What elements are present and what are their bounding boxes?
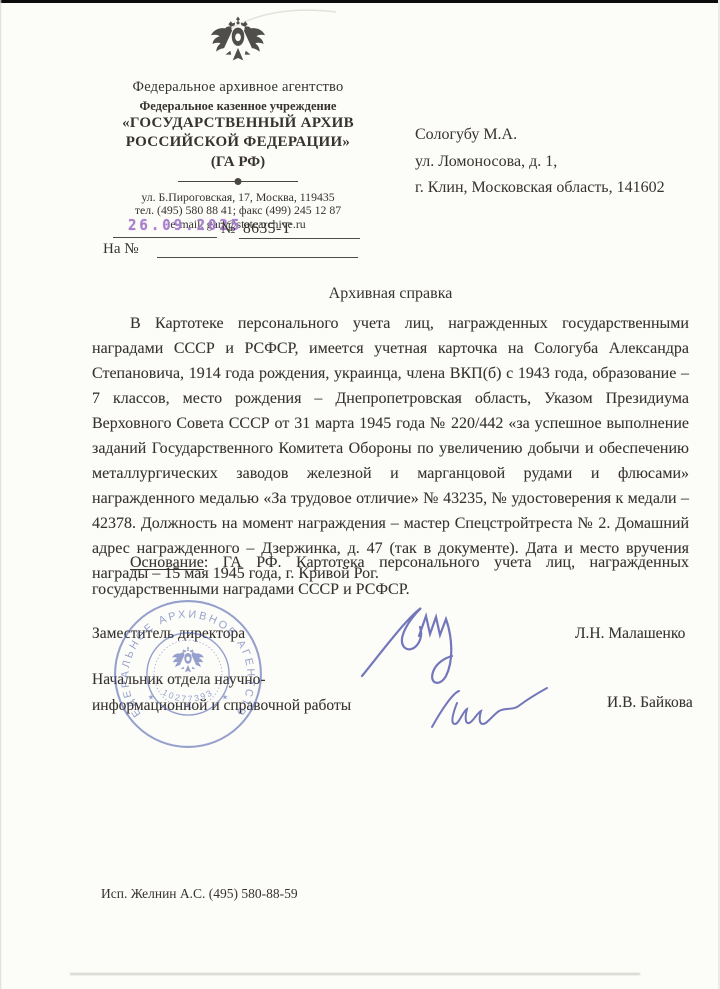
document-number: 8635-Т bbox=[243, 220, 292, 238]
recipient-address-line2: г. Клин, Московская область, 141602 bbox=[415, 175, 665, 202]
letterhead-divider bbox=[178, 178, 298, 185]
document-body-paragraph: В Картотеке персонального учета лиц, наг… bbox=[92, 311, 689, 586]
signer1-name: Л.Н. Малашенко bbox=[575, 625, 685, 643]
signature1-ink bbox=[357, 594, 477, 694]
letterhead-institution-type: Федеральное казенное учреждение bbox=[106, 99, 370, 113]
scan-edge-top bbox=[0, 0, 720, 3]
svg-text:★: ★ bbox=[148, 693, 154, 702]
letterhead-org-name-line1: «ГОСУДАРСТВЕННЫЙ АРХИВ bbox=[106, 115, 370, 132]
scan-edge-bottom bbox=[70, 973, 640, 975]
number-underline bbox=[239, 238, 360, 239]
reply-to-label: На № bbox=[103, 241, 139, 258]
coat-of-arms-eagle-icon bbox=[209, 16, 267, 70]
recipient-block: Сологубу М.А. ул. Ломоносова, д. 1, г. К… bbox=[415, 122, 665, 202]
executor-line: Исп. Желнин А.С. (495) 580-88-59 bbox=[101, 886, 298, 902]
letterhead-org-name-line2: РОССИЙСКОЙ ФЕДЕРАЦИИ» bbox=[106, 134, 370, 151]
letterhead-address: ул. Б.Пироговская, 17, Москва, 119435 bbox=[106, 191, 370, 205]
signer2-name: И.В. Байкова bbox=[607, 694, 693, 712]
date-underline bbox=[113, 237, 217, 238]
recipient-address-line1: ул. Ломоносова, д. 1, bbox=[415, 149, 665, 176]
letterhead-phone-fax: тел. (495) 580 88 41; факс (499) 245 12 … bbox=[106, 204, 370, 218]
number-label: № bbox=[221, 221, 235, 238]
svg-text:★: ★ bbox=[222, 693, 228, 702]
signature2-ink bbox=[428, 683, 553, 733]
reply-underline bbox=[157, 257, 358, 258]
letterhead: Федеральное архивное агентство Федеральн… bbox=[106, 16, 370, 232]
scan-edge-left bbox=[0, 0, 2, 989]
basis-label: Основание bbox=[130, 554, 204, 571]
seal-center-eagle-icon bbox=[172, 647, 204, 673]
svg-text:★: ★ bbox=[185, 700, 191, 709]
official-round-seal: ФЕДЕРАЛЬНОЕ АРХИВНОЕ АГЕНТСТВО 10277393 … bbox=[112, 598, 264, 750]
letterhead-agency: Федеральное архивное агентство bbox=[106, 79, 370, 95]
document-title: Архивная справка bbox=[92, 285, 689, 303]
letterhead-org-abbr: (ГА РФ) bbox=[106, 154, 370, 171]
recipient-name: Сологубу М.А. bbox=[415, 122, 665, 149]
